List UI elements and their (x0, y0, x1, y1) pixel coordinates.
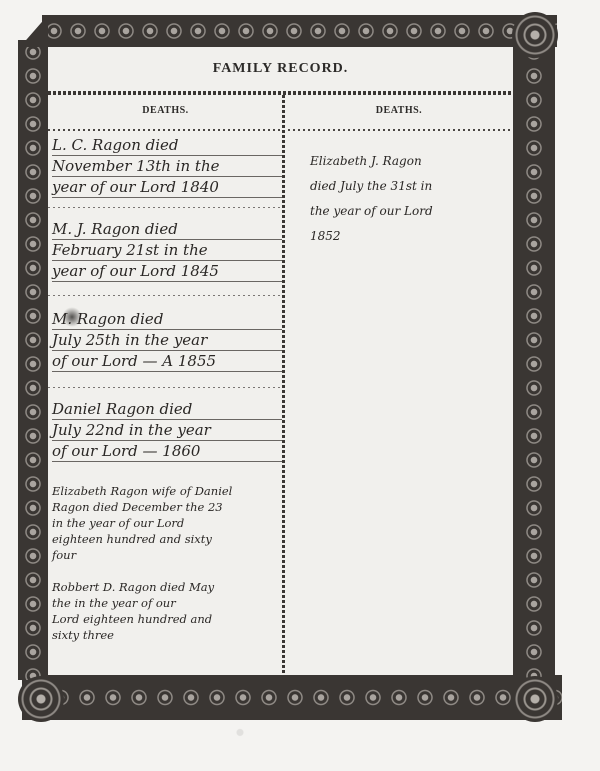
entry-line: of our Lord — 1860 (52, 441, 282, 462)
death-entry: M. J. Ragon died February 21st in the ye… (52, 219, 282, 282)
death-entry: M. Ragon died July 25th in the year of o… (52, 309, 282, 372)
column-divider (282, 95, 285, 675)
entry-line: February 21st in the (52, 240, 282, 261)
entry-line: in the year of our Lord (52, 515, 282, 531)
entry-line: of our Lord — A 1855 (52, 351, 282, 372)
entry-line: 1852 (310, 224, 505, 249)
death-entry: L. C. Ragon died November 13th in the ye… (52, 135, 282, 198)
column-heading-right: DEATHS. (285, 105, 513, 116)
ornamental-border-top (42, 15, 557, 47)
entry-line: Ragon died December the 23 (52, 499, 282, 515)
entry-line: Robbert D. Ragon died May (52, 579, 282, 595)
death-entry: Robbert D. Ragon died May the in the yea… (52, 579, 282, 643)
entry-line: July 22nd in the year (52, 420, 282, 441)
corner-rosette-bottom-left (18, 676, 64, 722)
entry-line: Elizabeth J. Ragon (310, 149, 505, 174)
ornamental-border-left (18, 40, 48, 680)
column-heading-left: DEATHS. (48, 105, 283, 116)
entry-separator (48, 207, 280, 208)
ornamental-border-bottom (22, 675, 562, 720)
page-title: FAMILY RECORD. (48, 61, 513, 77)
entry-line: the in the year of our (52, 595, 282, 611)
entry-line: year of our Lord 1845 (52, 261, 282, 282)
corner-ornament-top-left (20, 15, 48, 47)
corner-rosette-top-right (512, 12, 558, 58)
death-entry: Daniel Ragon died July 22nd in the year … (52, 399, 282, 462)
entry-line: M. Ragon died (52, 309, 282, 330)
entry-line: July 25th in the year (52, 330, 282, 351)
entry-line: Elizabeth Ragon wife of Daniel (52, 483, 282, 499)
death-entry: Elizabeth Ragon wife of Daniel Ragon die… (52, 483, 282, 563)
entry-line: L. C. Ragon died (52, 135, 282, 156)
ornamental-border-right (513, 40, 555, 680)
entry-line: November 13th in the (52, 156, 282, 177)
entry-separator (48, 387, 280, 388)
entry-line: Lord eighteen hundred and (52, 611, 282, 627)
entry-line: year of our Lord 1840 (52, 177, 282, 198)
entry-line: four (52, 547, 282, 563)
entry-line: died July the 31st in (310, 174, 505, 199)
entry-line: the year of our Lord (310, 199, 505, 224)
dotted-rule-left (48, 129, 280, 131)
dotted-rule-right (288, 129, 513, 131)
ornate-rule (48, 91, 513, 95)
corner-rosette-bottom-right (512, 676, 558, 722)
entry-line: sixty three (52, 627, 282, 643)
entry-separator (48, 295, 280, 296)
entry-line: eighteen hundred and sixty (52, 531, 282, 547)
entry-line: Daniel Ragon died (52, 399, 282, 420)
death-entry-right: Elizabeth J. Ragon died July the 31st in… (310, 149, 505, 249)
record-sheet: FAMILY RECORD. DEATHS. DEATHS. L. C. Rag… (48, 47, 513, 675)
entry-line: M. J. Ragon died (52, 219, 282, 240)
